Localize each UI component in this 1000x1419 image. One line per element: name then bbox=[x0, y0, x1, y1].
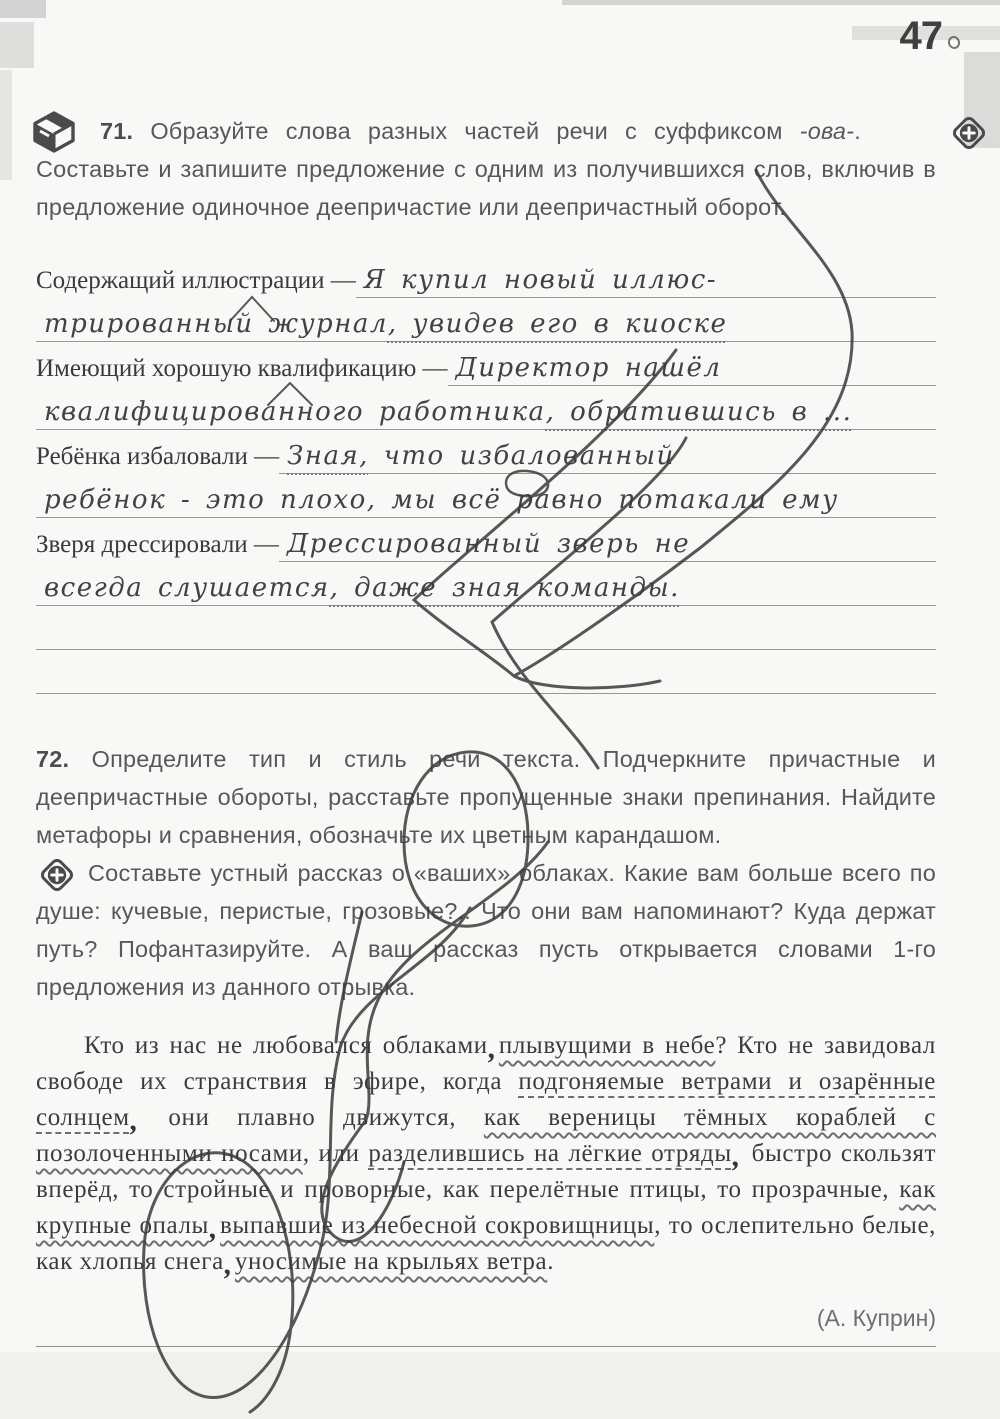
workbook-page: 47 71. Образуйте слова разных частей реч… bbox=[0, 0, 1000, 1419]
task-text: Образуйте слова разных частей речи с суф… bbox=[133, 118, 799, 144]
passage-segment: они плавно движутся, bbox=[141, 1104, 484, 1131]
inserted-comma: , bbox=[225, 1248, 233, 1281]
answer-row: всегда слушается, даже зная команды. bbox=[36, 562, 936, 606]
handwritten-text: , увидев его в киоске bbox=[388, 309, 728, 339]
ruled-line: Дрессированный зверь не bbox=[279, 529, 936, 562]
passage-segment: . bbox=[547, 1248, 554, 1275]
cube-icon bbox=[30, 108, 78, 156]
passage-segment: , или bbox=[303, 1140, 368, 1167]
handwritten-text: Директор нашёл bbox=[456, 353, 722, 383]
handwritten-text: Я купил новый иллюс- bbox=[364, 265, 717, 295]
answer-prompt: Зверя дрессировали — bbox=[36, 531, 279, 562]
ink-speck bbox=[946, 34, 962, 50]
scan-artifact bbox=[0, 1352, 1000, 1419]
scan-artifact bbox=[0, 22, 34, 68]
handwritten-text: квалифицированного работника bbox=[44, 397, 546, 427]
handwritten-text: Дрессированный зверь не bbox=[287, 529, 690, 559]
task-text: . bbox=[854, 118, 878, 144]
handwritten-text: трированный журнал bbox=[44, 309, 388, 339]
task-text: Составьте устный рассказ о «ваших» облак… bbox=[36, 860, 936, 1000]
passage-segment: разделившись на лёгкие отряды bbox=[368, 1140, 731, 1167]
plus-diamond-icon bbox=[36, 854, 78, 896]
ruled-line: всегда слушается, даже зная команды. bbox=[36, 573, 936, 606]
passage-text: Кто из нас не любовался облаками,плывущи… bbox=[36, 1028, 936, 1280]
page-number: 47 bbox=[900, 14, 943, 59]
handwritten-text: , обратившись в ... bbox=[546, 397, 853, 427]
ruled-line: квалифицированного работника, обратившис… bbox=[36, 397, 936, 430]
task-text: Составьте и запишите предложение с одним… bbox=[36, 156, 936, 220]
answer-row: квалифицированного работника, обратившис… bbox=[36, 386, 936, 430]
answer-row: Содержащий иллюстрации — Я купил новый и… bbox=[36, 254, 936, 298]
ruled-line: Зная, что избалованный bbox=[279, 441, 936, 474]
passage-segment: выпавшие из небесной сокровищницы bbox=[220, 1212, 654, 1239]
answer-prompt: Содержащий иллюстрации — bbox=[36, 267, 356, 298]
answer-row: Имеющий хорошую квалификацию — Директор … bbox=[36, 342, 936, 386]
answer-row bbox=[36, 650, 936, 694]
scan-artifact bbox=[0, 70, 12, 180]
inserted-comma: , bbox=[489, 1032, 497, 1065]
answer-row: Ребёнка избаловали — Зная, что избалован… bbox=[36, 430, 936, 474]
passage-segment: Кто из нас не любовался облаками bbox=[84, 1032, 488, 1059]
passage-segment: плывущими в небе bbox=[499, 1032, 716, 1059]
ruled-line: трированный журнал, увидев его в киоске bbox=[36, 309, 936, 342]
answer-prompt: Имеющий хорошую квалификацию — bbox=[36, 355, 448, 386]
exercise-number: 72. bbox=[36, 746, 69, 772]
ruled-line bbox=[36, 691, 936, 694]
ruled-line-bottom bbox=[36, 1346, 936, 1347]
scan-artifact bbox=[0, 0, 46, 18]
answer-row: ребёнок - это плохо, мы всё равно потака… bbox=[36, 474, 936, 518]
ruled-line: ребёнок - это плохо, мы всё равно потака… bbox=[36, 485, 936, 518]
exercise-72-task: 72. Определите тип и стиль речи текста. … bbox=[36, 740, 936, 1006]
passage-segment: уносимые на крыльях ветра bbox=[235, 1248, 547, 1275]
handwritten-text: Зная, bbox=[287, 441, 369, 471]
ruled-line: Я купил новый иллюс- bbox=[356, 265, 936, 298]
inserted-comma: , bbox=[131, 1104, 139, 1137]
inserted-comma: , bbox=[210, 1212, 218, 1245]
ruled-line: Директор нашёл bbox=[448, 353, 936, 386]
answer-prompt: Ребёнка избаловали — bbox=[36, 443, 279, 474]
answer-row: Зверя дрессировали — Дрессированный звер… bbox=[36, 518, 936, 562]
handwritten-text: , даже зная команды. bbox=[330, 573, 680, 603]
answer-rows: Содержащий иллюстрации — Я купил новый и… bbox=[36, 254, 936, 694]
handwritten-text: ребёнок - это плохо, мы всё равно потака… bbox=[44, 485, 839, 515]
exercise-71-task: 71. Образуйте слова разных частей речи с… bbox=[36, 112, 936, 226]
answer-row bbox=[36, 606, 936, 650]
scan-artifact bbox=[562, 0, 1000, 5]
inserted-comma: , bbox=[733, 1140, 741, 1173]
task-text: Определите тип и стиль речи текста. Подч… bbox=[36, 746, 936, 848]
handwritten-text: всегда слушается bbox=[44, 573, 330, 603]
handwritten-text: что избалованный bbox=[369, 441, 675, 471]
answer-row: трированный журнал, увидев его в киоске bbox=[36, 298, 936, 342]
author-credit: (А. Куприн) bbox=[36, 1305, 936, 1332]
ruled-line bbox=[36, 647, 936, 650]
exercise-number: 71. bbox=[100, 118, 133, 144]
plus-diamond-icon bbox=[884, 112, 926, 154]
suffix-italic: -ова- bbox=[800, 118, 855, 144]
